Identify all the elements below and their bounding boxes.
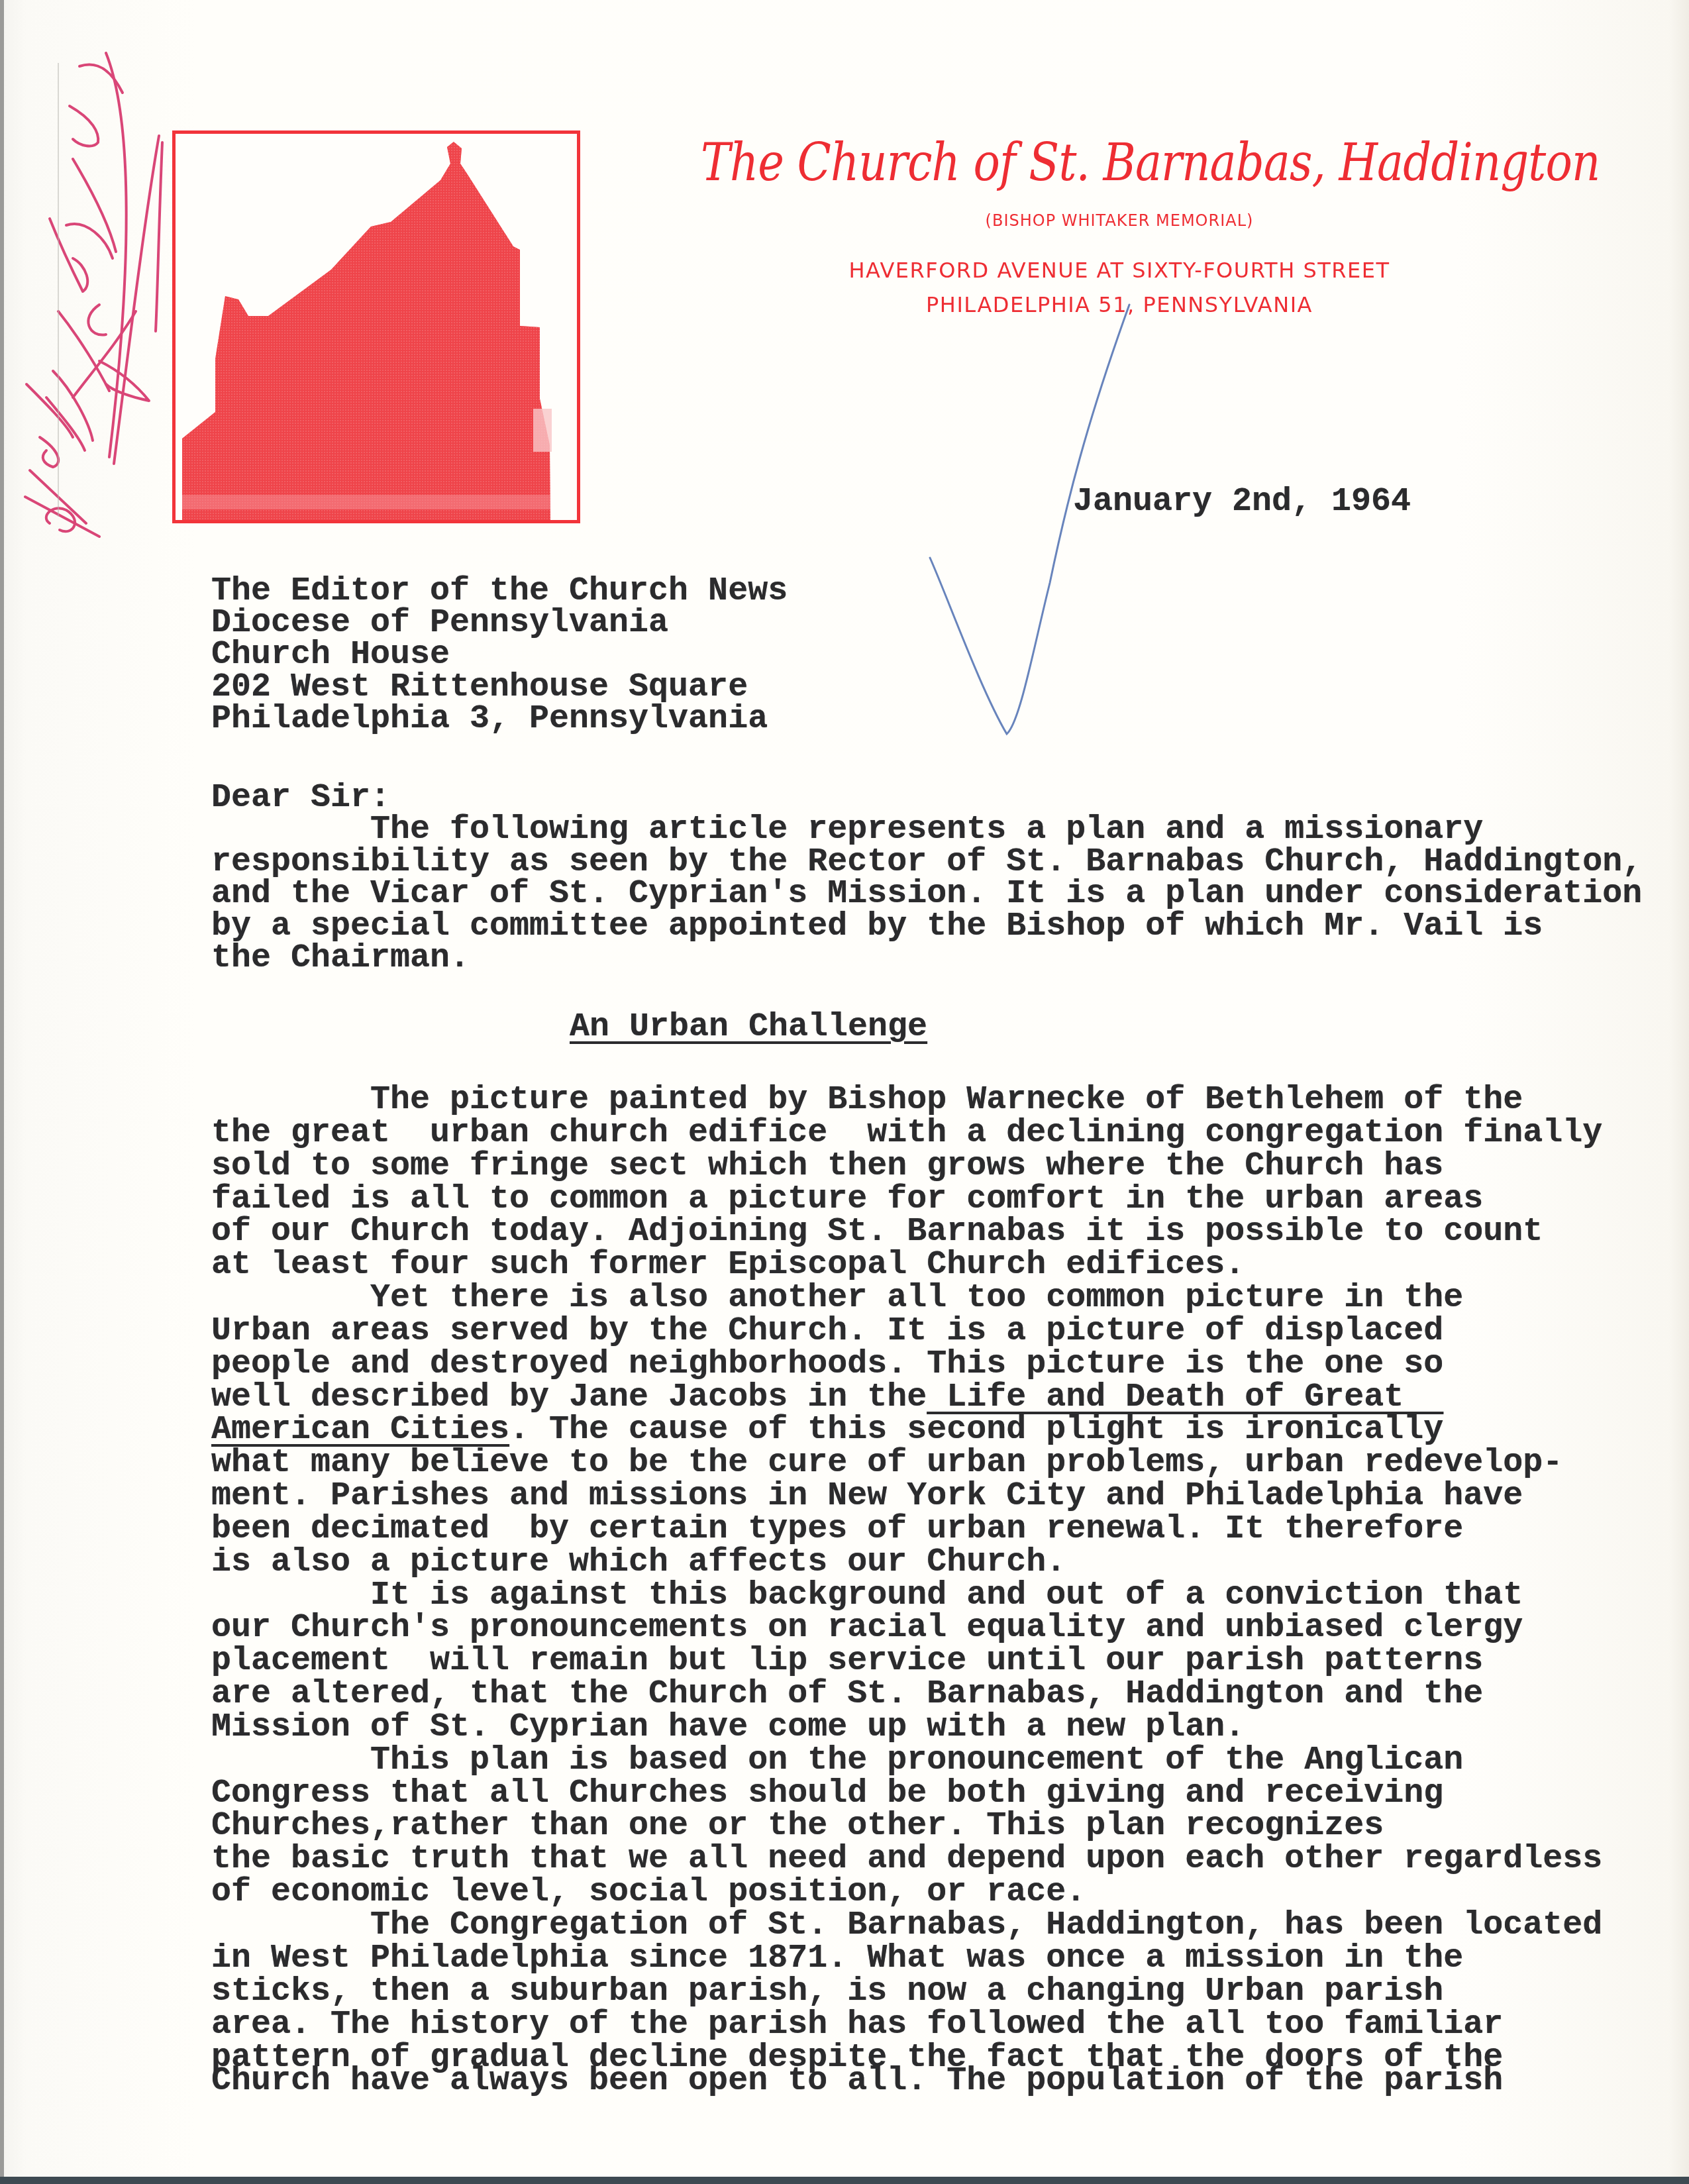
recipient-line: Diocese of Pennsylvania	[211, 607, 668, 640]
church-city-address: PHILADELPHIA 51, PENNSYLVANIA	[762, 291, 1477, 318]
body-line: Congress that all Churches should be bot…	[211, 1777, 1443, 1810]
letter-date: January 2nd, 1964	[1073, 486, 1411, 519]
body-line: at least four such former Episcopal Chur…	[211, 1249, 1245, 1282]
body-line: Churches,rather than one or the other. T…	[211, 1810, 1384, 1843]
body-line: The picture painted by Bishop Warnecke o…	[211, 1084, 1523, 1117]
intro-line: The following article represents a plan …	[211, 813, 1483, 847]
church-subtitle: (BISHOP WHITAKER MEMORIAL)	[947, 211, 1292, 231]
intro-line: by a special committee appointed by the …	[211, 910, 1543, 943]
body-text: . The cause of this second plight is iro…	[509, 1411, 1443, 1449]
body-line: people and destroyed neighborhoods. This…	[211, 1348, 1443, 1381]
body-line: Urban areas served by the Church. It is …	[211, 1315, 1443, 1348]
body-line: area. The history of the parish has foll…	[211, 2008, 1503, 2042]
recipient-line: 202 West Rittenhouse Square	[211, 671, 748, 704]
church-logo	[172, 130, 580, 523]
intro-line: responsibility as seen by the Rector of …	[211, 846, 1642, 879]
body-line: The Congregation of St. Barnabas, Haddin…	[211, 1909, 1602, 1942]
body-line: placement will remain but lip service un…	[211, 1645, 1483, 1678]
body-line: what many believe to be the cure of urba…	[211, 1447, 1562, 1480]
scan-bottom-edge	[0, 2177, 1689, 2184]
body-line: Church have always been open to all. The…	[211, 2065, 1503, 2098]
body-line: are altered, that the Church of St. Barn…	[211, 1678, 1483, 1711]
recipient-line: Church House	[211, 639, 450, 672]
body-line: It is against this background and out of…	[211, 1579, 1523, 1612]
body-line: sticks, then a suburban parish, is now a…	[211, 1975, 1443, 2008]
body-line: is also a picture which affects our Chur…	[211, 1546, 1066, 1579]
article-title: An Urban Challenge	[570, 1011, 927, 1044]
body-line: failed is all to common a picture for co…	[211, 1183, 1483, 1216]
body-line: This plan is based on the pronouncement …	[211, 1744, 1463, 1777]
handwritten-note-hold-for-april	[0, 0, 199, 556]
body-line: of economic level, social position, or r…	[211, 1876, 1086, 1909]
body-line-with-book-title: well described by Jane Jacobs in the Lif…	[211, 1381, 1443, 1414]
body-line-with-book-title: American Cities. The cause of this secon…	[211, 1414, 1443, 1447]
body-line: ment. Parishes and missions in New York …	[211, 1480, 1523, 1513]
church-street-address: HAVERFORD AVENUE AT SIXTY-FOURTH STREET	[762, 257, 1477, 284]
book-title-underlined: American Cities	[211, 1411, 509, 1449]
recipient-line: The Editor of the Church News	[211, 575, 788, 608]
body-line: our Church's pronouncements on racial eq…	[211, 1612, 1523, 1645]
recipient-line: Philadelphia 3, Pennsylvania	[211, 703, 768, 736]
church-name-heading: The Church of St. Barnabas, Haddington	[701, 130, 1413, 196]
body-line: been decimated by certain types of urban…	[211, 1513, 1463, 1546]
body-line: in West Philadelphia since 1871. What wa…	[211, 1942, 1463, 1975]
body-line: Mission of St. Cyprian have come up with…	[211, 1711, 1245, 1744]
salutation: Dear Sir:	[211, 782, 390, 815]
body-line: of our Church today. Adjoining St. Barna…	[211, 1216, 1543, 1249]
body-line: Yet there is also another all too common…	[211, 1282, 1463, 1315]
intro-line: the Chairman.	[211, 942, 470, 975]
body-line: the great urban church edifice with a de…	[211, 1117, 1602, 1150]
body-line: sold to some fringe sect which then grow…	[211, 1150, 1443, 1183]
intro-line: and the Vicar of St. Cyprian's Mission. …	[211, 878, 1642, 911]
church-building-icon	[176, 134, 577, 520]
body-line: the basic truth that we all need and dep…	[211, 1843, 1602, 1876]
